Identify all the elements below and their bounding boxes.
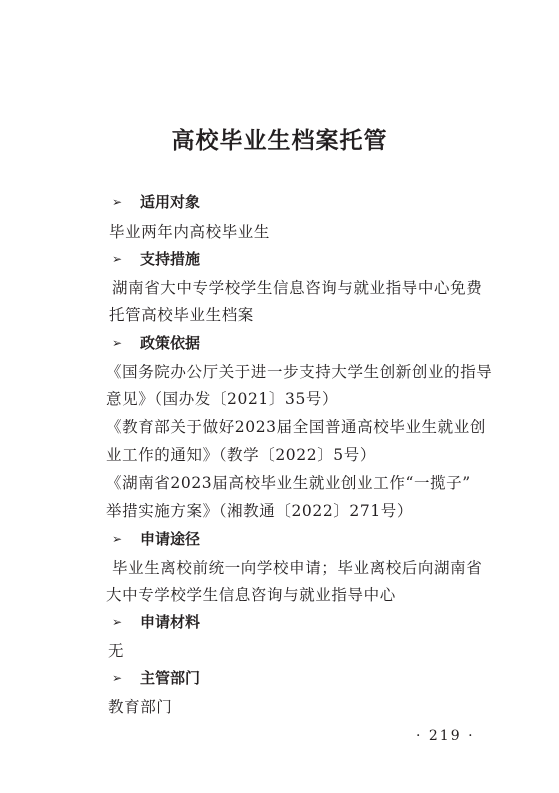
section-heading-application-channel: ➢ 申请途径 [112, 528, 200, 549]
paragraph-line: 教育部门 [108, 695, 172, 717]
section-heading-target: ➢ 适用对象 [112, 191, 200, 212]
paragraph-line: 举措实施方案》（湘教通〔2022〕271号） [106, 499, 413, 521]
paragraph-line: 《教育部关于做好2023届全国普通高校毕业生就业创 [106, 415, 486, 437]
page-title: 高校毕业生档案托管 [0, 122, 559, 155]
heading-label: 适用对象 [140, 191, 200, 212]
paragraph-line: 毕业两年内高校毕业生 [109, 220, 270, 242]
arrow-bullet-icon: ➢ [112, 671, 140, 685]
heading-label: 申请材料 [140, 611, 200, 632]
paragraph-line: 大中专学校学生信息咨询与就业指导中心 [106, 583, 396, 605]
paragraph-line: 毕业生离校前统一向学校申请；毕业离校后向湖南省 [112, 556, 482, 578]
arrow-bullet-icon: ➢ [112, 615, 140, 629]
heading-label: 支持措施 [140, 248, 200, 269]
paragraph-line: 《湖南省2023届高校毕业生就业创业工作“一揽子” [106, 471, 471, 493]
paragraph-line: 《国务院办公厅关于进一步支持大学生创新创业的指导 [106, 360, 492, 382]
page-number: · 219 · [416, 728, 475, 744]
paragraph-line: 湖南省大中专学校学生信息咨询与就业指导中心免费 [112, 276, 482, 298]
section-heading-policy-basis: ➢ 政策依据 [112, 332, 200, 353]
section-heading-measures: ➢ 支持措施 [112, 248, 200, 269]
arrow-bullet-icon: ➢ [112, 252, 140, 266]
heading-label: 申请途径 [140, 528, 200, 549]
arrow-bullet-icon: ➢ [112, 532, 140, 546]
paragraph-line: 托管高校毕业生档案 [109, 303, 254, 325]
section-heading-materials: ➢ 申请材料 [112, 611, 200, 632]
paragraph-line: 业工作的通知》（教学〔2022〕5号） [106, 443, 376, 465]
heading-label: 主管部门 [140, 667, 200, 688]
paragraph-line: 无 [108, 639, 124, 661]
heading-label: 政策依据 [140, 332, 200, 353]
arrow-bullet-icon: ➢ [112, 195, 140, 209]
arrow-bullet-icon: ➢ [112, 336, 140, 350]
paragraph-line: 意见》（国办发〔2021〕35号） [106, 387, 338, 409]
section-heading-department: ➢ 主管部门 [112, 667, 200, 688]
